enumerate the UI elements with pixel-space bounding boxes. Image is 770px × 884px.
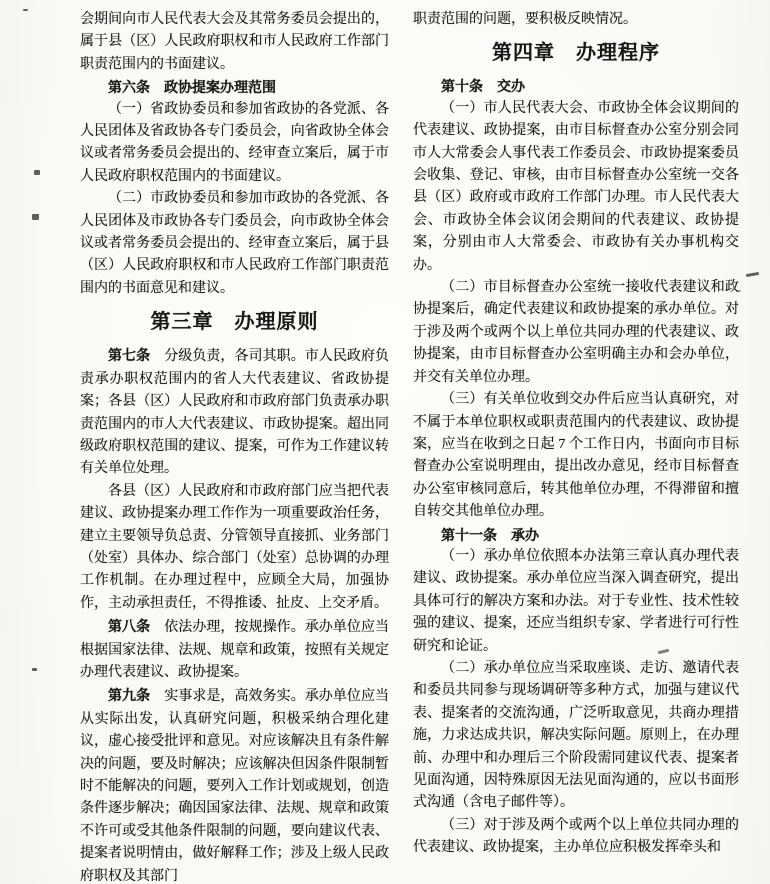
paragraph-item-2: （二）市政协委员和参加市政协的各党派、各人民团体及市政协各专门委员会，向市政协全… <box>80 188 389 300</box>
chapter-3-heading: 第三章 办理原则 <box>80 309 389 336</box>
article-11-title: 第十一条 承办 <box>413 524 739 546</box>
scan-speck <box>310 442 313 445</box>
article-7-paragraph: 第七条 分级负责，各司其职。市人民政府负责承办职权范围内的省人大代表建议、省政协… <box>80 344 389 480</box>
scan-speck <box>34 170 40 175</box>
paragraph-item-3: （三）有关单位收到交办件后应当认真研究，对不属于本单位职权或职责范围内的代表建议… <box>413 389 739 523</box>
paragraph-item-4: （一）承办单位依照本办法第三章认真办理代表建议、政协提案。承办单位应当深入调查研… <box>413 546 739 658</box>
paragraph-duty: 各县（区）人民政府和市政府部门应当把代表建议、政协提案办理工作作为一项重要政治任… <box>80 481 389 615</box>
article-6-title: 第六条 政协提案办理范围 <box>80 76 389 98</box>
article-7-text: 分级负责，各司其职。市人民政府负责承办职权范围内的省人大代表建议、省政协提案；各… <box>80 349 389 476</box>
paragraph-item-6: （三）对于涉及两个或两个以上单位共同办理的代表建议、政协提案，主办单位应积极发挥… <box>413 815 739 860</box>
scan-speck <box>23 9 28 11</box>
article-8-paragraph: 第八条 依法办理，按规操作。承办单位应当根据国家法律、法规、规章和政策，按照有关… <box>80 615 389 684</box>
paragraph-carryover: 会期间向市人民代表大会及其常务委员会提出的，属于县（区）人民政府职权和市人民政府… <box>80 9 389 76</box>
article-10-title: 第十条 交办 <box>413 75 739 97</box>
article-9-text: 实事求是，高效务实。承办单位应当从实际出发，认真研究问题，积极采纳合理化建议，虚… <box>80 689 389 883</box>
article-9-number: 第九条 <box>108 687 164 703</box>
left-text-column: 会期间向市人民代表大会及其常务委员会提出的，属于县（区）人民政府职权和市人民政府… <box>80 9 389 884</box>
chapter-4-heading: 第四章 办理程序 <box>413 40 739 67</box>
paragraph-carryover: 职责范围的问题，要积极反映情况。 <box>413 9 739 31</box>
article-9-paragraph: 第九条 实事求是，高效务实。承办单位应当从实际出发，认真研究问题，积极采纳合理化… <box>80 684 389 884</box>
scan-speck <box>737 290 741 292</box>
paragraph-item-1: （一）省政协委员和参加省政协的各党派、各人民团体及省政协各专门委员会，向省政协全… <box>80 99 389 189</box>
right-text-column: 职责范围的问题，要积极反映情况。 第四章 办理程序 第十条 交办 （一）市人民代… <box>413 9 739 860</box>
paragraph-item-5: （二）承办单位应当采取座谈、走访、邀请代表和委员共同参与现场调研等多种方式，加强… <box>413 658 739 815</box>
scan-speck <box>32 214 39 220</box>
scanned-document-page: { "page": { "background_color": "#fbfbf8… <box>0 0 770 884</box>
scan-speck <box>746 272 759 277</box>
scan-speck <box>32 668 37 671</box>
paragraph-item-1: （一）市人民代表大会、市政协全体会议期间的代表建议、政协提案，由市目标督查办公室… <box>413 98 739 277</box>
paragraph-item-2: （二）市目标督查办公室统一接收代表建议和政协提案后，确定代表建议和政协提案的承办… <box>413 277 739 389</box>
article-8-number: 第八条 <box>108 618 164 634</box>
article-7-number: 第七条 <box>108 347 164 363</box>
